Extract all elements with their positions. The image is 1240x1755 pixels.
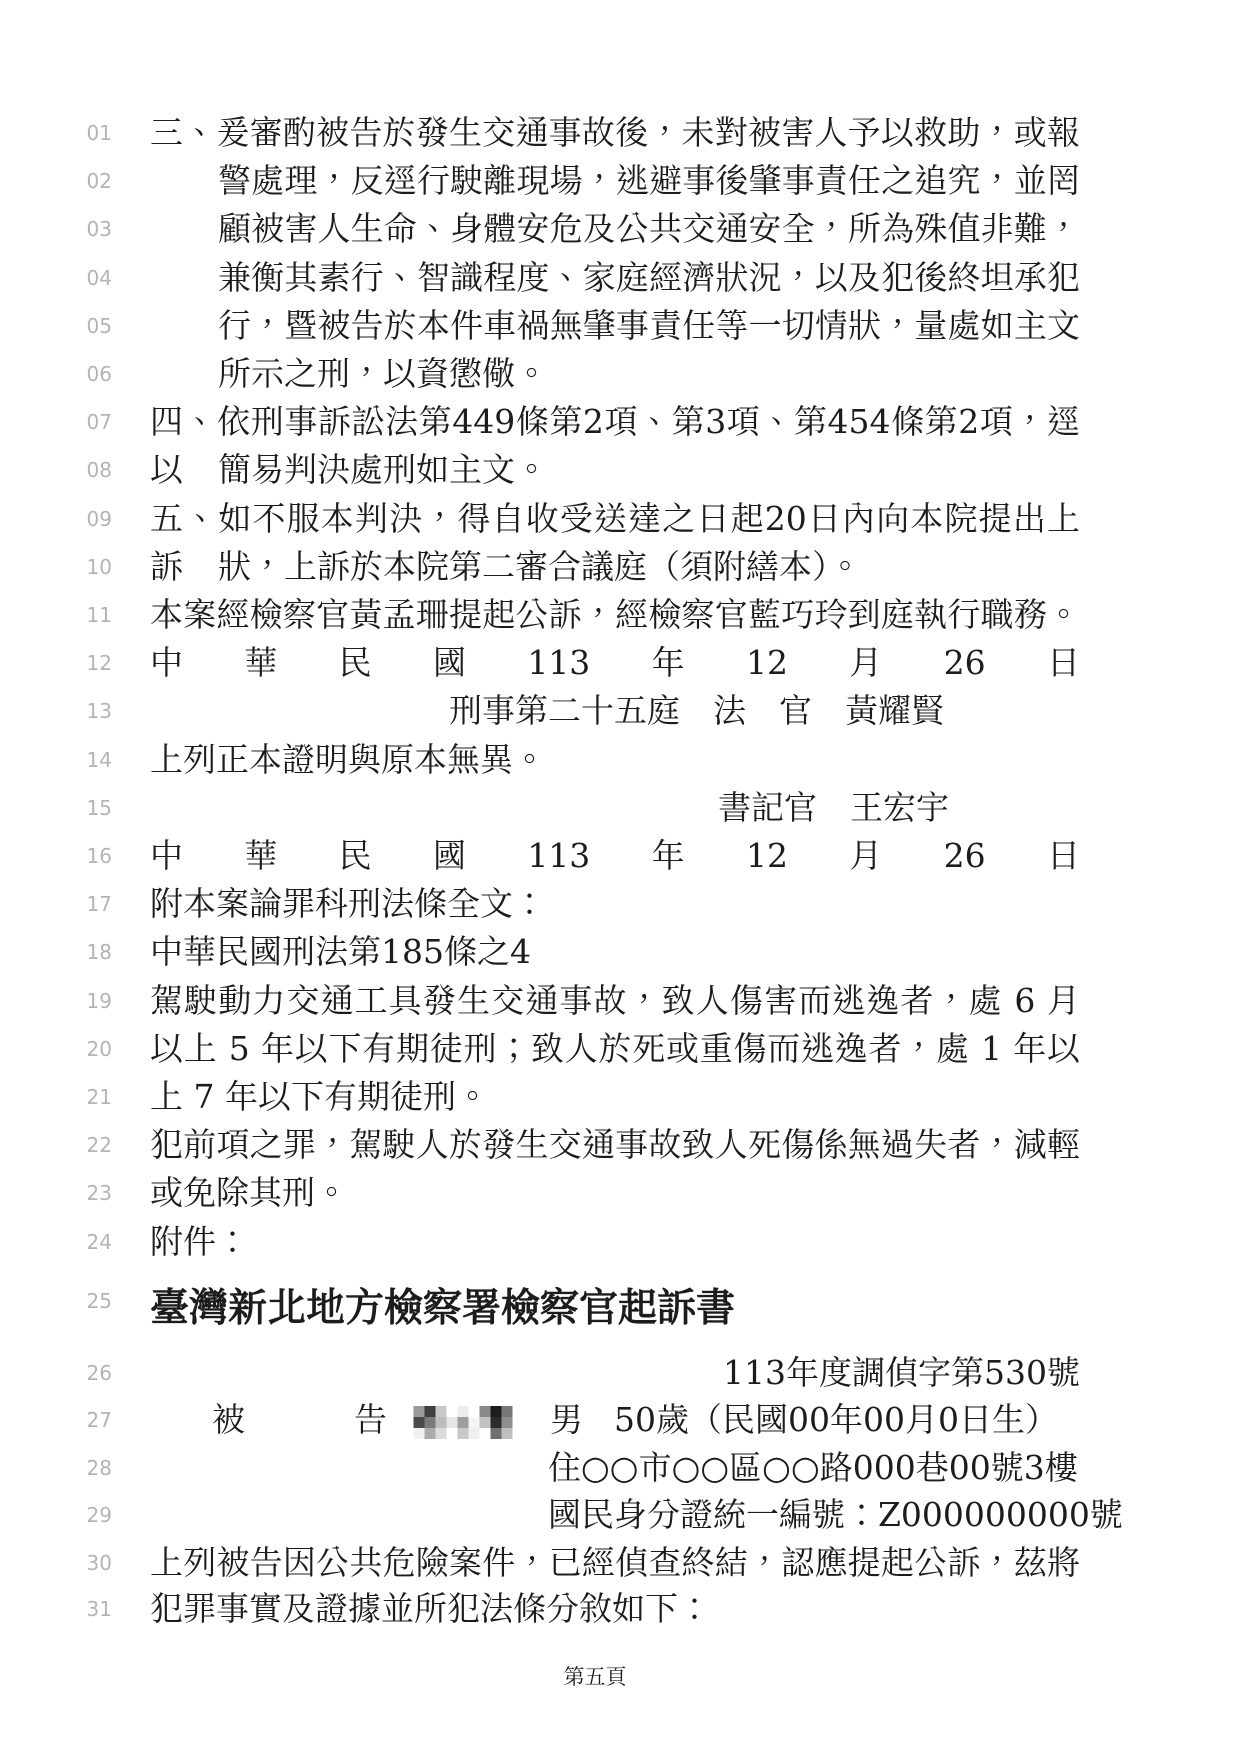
line-text: 附本案論罪科刑法條全文： (150, 880, 1080, 928)
line-number: 31 (62, 1585, 112, 1633)
date-part-day: 26 (944, 832, 986, 880)
line-text: 駕駛動力交通工具發生交通事故，致人傷害而逃逸者，處 6 月 (150, 977, 1080, 1025)
line-number: 15 (62, 784, 112, 832)
page-number-label: 第五頁 (0, 1663, 1190, 1691)
document-line-13: 13 刑事第二十五庭 法 官 黃耀賢 (0, 687, 1240, 735)
line-number: 26 (62, 1349, 112, 1397)
line-number: 17 (62, 880, 112, 928)
line-number: 01 (62, 109, 112, 157)
page-footer: 第五頁 (0, 1663, 1240, 1691)
line-number: 09 (62, 495, 112, 543)
line-text: 顧被害人生命、身體安危及公共交通安全，所為殊值非難， (218, 205, 1080, 253)
line-text: 所示之刑，以資懲儆。 (218, 350, 1080, 398)
document-line-21: 21 上 7 年以下有期徒刑。 (0, 1073, 1240, 1121)
line-number: 06 (62, 350, 112, 398)
judgment-page: { "page": { "footer": "第五頁" }, "lines": … (0, 0, 1240, 1755)
document-line-07: 07 四、依刑事訴訟法第449條第2項、第3項、第454條第2項，逕以 (0, 398, 1240, 446)
date-part: 日 (1047, 639, 1080, 687)
date-part: 中 (150, 832, 183, 880)
line-text: 或免除其刑。 (150, 1169, 1080, 1217)
document-line-09: 09 五、如不服本判決，得自收受送達之日起20日內向本院提出上訴 (0, 495, 1240, 543)
document-line-19: 19 駕駛動力交通工具發生交通事故，致人傷害而逃逸者，處 6 月 (0, 977, 1240, 1025)
document-line-31: 31 犯罪事實及證據並所犯法條分敘如下： (0, 1585, 1240, 1633)
line-number: 21 (62, 1073, 112, 1121)
document-line-16-date: 16 中 華 民 國 113 年 12 月 26 日 (0, 832, 1240, 880)
line-text: 兼衡其素行、智識程度、家庭經濟狀況，以及犯後終坦承犯 (218, 254, 1080, 302)
date-part: 國 (433, 832, 466, 880)
document-line-24: 24 附件： (0, 1218, 1240, 1266)
line-number: 11 (62, 591, 112, 639)
line-number: 08 (62, 446, 112, 494)
document-line-05: 05 行，暨被告於本件車禍無肇事責任等一切情狀，量處如主文 (0, 302, 1240, 350)
document-line-26-case-number: 26 113年度調偵字第530號 (0, 1349, 1240, 1397)
statute-title: 中華民國刑法第185條之4 (150, 928, 1080, 976)
document-line-03: 03 顧被害人生命、身體安危及公共交通安全，所為殊值非難， (0, 205, 1240, 253)
defendant-address: 住○○市○○區○○路000巷00號3樓 (548, 1444, 1078, 1492)
indictment-title: 臺灣新北地方檢察署檢察官起訴書 (150, 1277, 1080, 1339)
redacted-defendant-name (413, 1404, 513, 1437)
line-text: 犯前項之罪，駕駛人於發生交通事故致人死傷係無過失者，減輕 (150, 1121, 1080, 1169)
case-number: 113年度調偵字第530號 (150, 1349, 1080, 1397)
line-number: 14 (62, 736, 112, 784)
defendant-id-number: 國民身分證統一編號：Z000000000號 (548, 1491, 1123, 1539)
line-number: 03 (62, 205, 112, 253)
document-line-02: 02 警處理，反逕行駛離現場，逃避事後肇事責任之追究，並罔 (0, 157, 1240, 205)
document-line-17: 17 附本案論罪科刑法條全文： (0, 880, 1240, 928)
date-part-day: 26 (944, 639, 986, 687)
line-text: 上列正本證明與原本無異。 (150, 736, 1080, 784)
line-number: 23 (62, 1169, 112, 1217)
line-text: 以上 5 年以下有期徒刑；致人於死或重傷而逃逸者，處 1 年以 (150, 1025, 1080, 1073)
line-text: 犯罪事實及證據並所犯法條分敘如下： (150, 1585, 1080, 1633)
document-line-08: 08 簡易判決處刑如主文。 (0, 446, 1240, 494)
document-line-25-indictment-title: 25 臺灣新北地方檢察署檢察官起訴書 (0, 1277, 1240, 1339)
line-number: 20 (62, 1025, 112, 1073)
document-line-20: 20 以上 5 年以下有期徒刑；致人於死或重傷而逃逸者，處 1 年以 (0, 1025, 1240, 1073)
line-number: 02 (62, 157, 112, 205)
line-text: 簡易判決處刑如主文。 (218, 446, 1080, 494)
date-line: 中 華 民 國 113 年 12 月 26 日 (150, 832, 1080, 880)
date-part-year: 113 (527, 639, 590, 687)
line-number: 30 (62, 1539, 112, 1587)
line-text: 警處理，反逕行駛離現場，逃避事後肇事責任之追究，並罔 (218, 157, 1080, 205)
line-number: 19 (62, 977, 112, 1025)
line-text: 三、爰審酌被告於發生交通事故後，未對被害人予以救助，或報 (150, 109, 1080, 157)
document-line-12-date: 12 中 華 民 國 113 年 12 月 26 日 (0, 639, 1240, 687)
line-number: 10 (62, 543, 112, 591)
line-number: 16 (62, 832, 112, 880)
date-line: 中 華 民 國 113 年 12 月 26 日 (150, 639, 1080, 687)
document-line-04: 04 兼衡其素行、智識程度、家庭經濟狀況，以及犯後終坦承犯 (0, 254, 1240, 302)
line-number: 07 (62, 398, 112, 446)
line-text: 本案經檢察官黃孟珊提起公訴，經檢察官藍巧玲到庭執行職務。 (150, 591, 1080, 639)
defendant-role-label: 被 (212, 1396, 245, 1444)
line-number: 24 (62, 1218, 112, 1266)
defendant-gender: 男 (550, 1396, 583, 1444)
clerk-signature-line: 書記官 王宏宇 (718, 784, 949, 832)
date-part: 國 (433, 639, 466, 687)
date-part-month: 12 (746, 639, 788, 687)
line-number: 25 (62, 1277, 112, 1325)
line-text: 狀，上訴於本院第二審合議庭（須附繕本）。 (218, 543, 1080, 591)
judge-signature-line: 刑事第二十五庭 法 官 黃耀賢 (449, 687, 944, 735)
date-part: 華 (244, 832, 277, 880)
date-part: 中 (150, 639, 183, 687)
document-line-30: 30 上列被告因公共危險案件，已經偵查終結，認應提起公訴，茲將 (0, 1539, 1240, 1587)
document-line-15: 15 書記官 王宏宇 (0, 784, 1240, 832)
date-part-month: 12 (746, 832, 788, 880)
line-text: 上列被告因公共危險案件，已經偵查終結，認應提起公訴，茲將 (150, 1539, 1080, 1587)
document-line-10: 10 狀，上訴於本院第二審合議庭（須附繕本）。 (0, 543, 1240, 591)
line-number: 12 (62, 639, 112, 687)
date-part: 年 (652, 639, 685, 687)
defendant-role-label: 告 (354, 1396, 387, 1444)
document-line-27-defendant: 27 被 告 男 50歲（民國00年00月0日生） (0, 1396, 1240, 1444)
date-part: 日 (1047, 832, 1080, 880)
line-text: 上 7 年以下有期徒刑。 (150, 1073, 1080, 1121)
date-part: 年 (652, 832, 685, 880)
document-line-01: 01 三、爰審酌被告於發生交通事故後，未對被害人予以救助，或報 (0, 109, 1240, 157)
line-number: 04 (62, 254, 112, 302)
pixelation-mosaic (413, 1406, 513, 1439)
line-text: 行，暨被告於本件車禍無肇事責任等一切情狀，量處如主文 (218, 302, 1080, 350)
defendant-age-birth: 50歲（民國00年00月0日生） (614, 1396, 1058, 1444)
line-number: 28 (62, 1444, 112, 1492)
document-line-22: 22 犯前項之罪，駕駛人於發生交通事故致人死傷係無過失者，減輕 (0, 1121, 1240, 1169)
date-part: 民 (339, 832, 372, 880)
document-page: 01 三、爰審酌被告於發生交通事故後，未對被害人予以救助，或報 02 警處理，反… (0, 0, 1240, 1755)
line-number: 27 (62, 1396, 112, 1444)
date-part: 華 (244, 639, 277, 687)
line-number: 05 (62, 302, 112, 350)
document-line-29-id-number: 29 國民身分證統一編號：Z000000000號 (0, 1491, 1240, 1539)
attachment-label: 附件： (150, 1218, 1080, 1266)
document-line-11: 11 本案經檢察官黃孟珊提起公訴，經檢察官藍巧玲到庭執行職務。 (0, 591, 1240, 639)
date-part: 月 (849, 639, 882, 687)
date-part: 民 (339, 639, 372, 687)
document-line-28-address: 28 住○○市○○區○○路000巷00號3樓 (0, 1444, 1240, 1492)
document-line-14: 14 上列正本證明與原本無異。 (0, 736, 1240, 784)
document-line-23: 23 或免除其刑。 (0, 1169, 1240, 1217)
document-line-06: 06 所示之刑，以資懲儆。 (0, 350, 1240, 398)
line-number: 22 (62, 1121, 112, 1169)
document-line-18: 18 中華民國刑法第185條之4 (0, 928, 1240, 976)
date-part: 月 (849, 832, 882, 880)
line-number: 13 (62, 687, 112, 735)
line-number: 18 (62, 928, 112, 976)
date-part-year: 113 (527, 832, 590, 880)
line-number: 29 (62, 1491, 112, 1539)
